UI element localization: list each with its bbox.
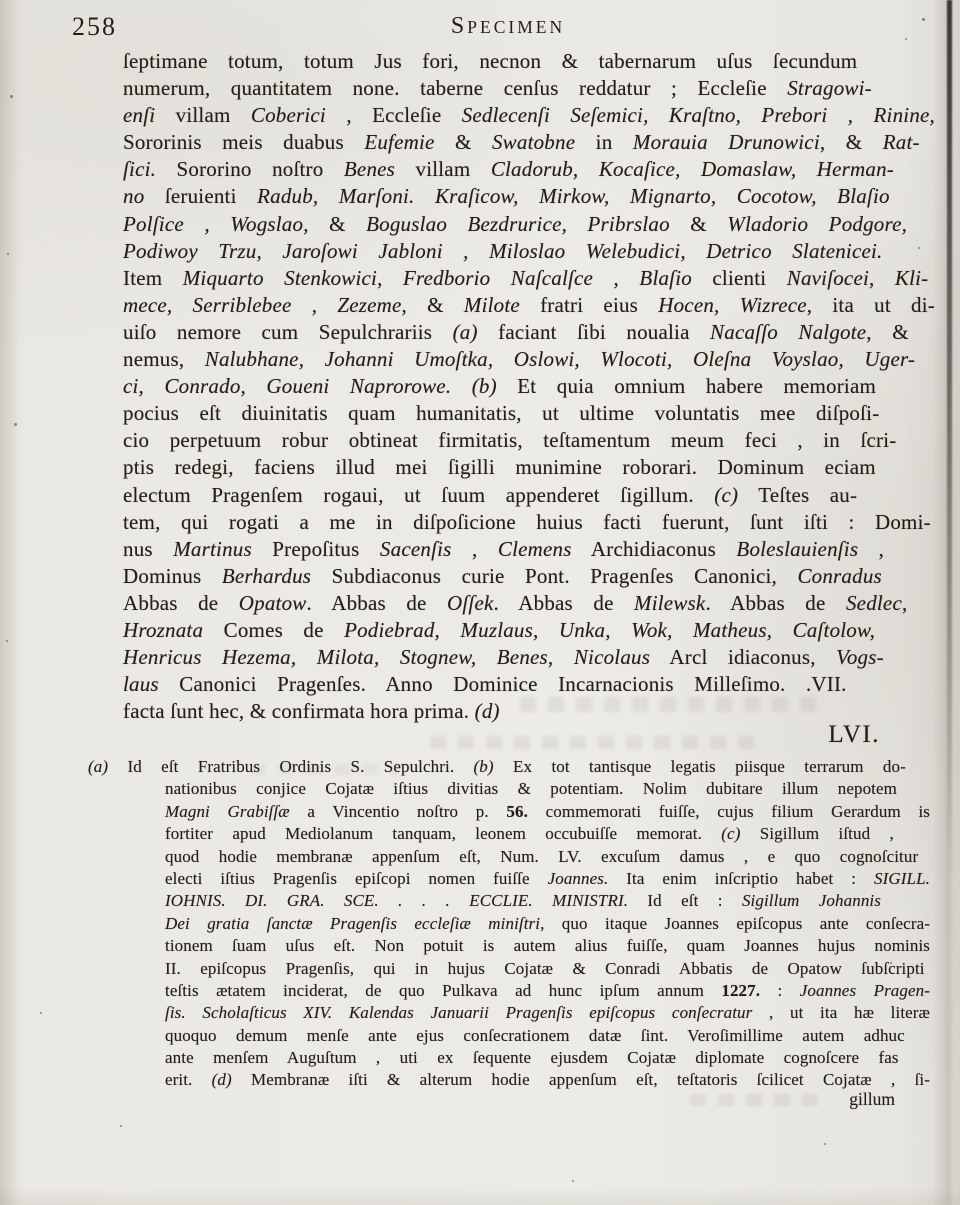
text-line: Sororinis meis duabus Eufemie & Swatobne… (123, 129, 935, 156)
section-number: LVI. (760, 721, 880, 749)
paper-speck (890, 962, 892, 964)
text-line: nemus, Nalubhane, Johanni Umoſtka, Oslow… (123, 346, 935, 373)
page-number: 258 (72, 12, 117, 42)
text-line: ci, Conrado, Goueni Naprorowe. (b) Et qu… (123, 373, 935, 400)
text-line: electum Pragenſem rogaui, ut ſuum append… (123, 482, 935, 509)
paper-speck (905, 38, 907, 40)
footnote-line: fortiter apud Mediolanum tanquam, leonem… (165, 823, 930, 845)
text-line: nus Martinus Prepoſitus Sacenſis , Cleme… (123, 536, 935, 563)
footnote-line: quoquo demum menſe ante ejus conſecratio… (165, 1025, 930, 1047)
bleed-through-smudge (690, 1094, 825, 1106)
paper-speck (40, 1012, 42, 1014)
text-line: numerum, quantitatem none. taberne cenſu… (123, 75, 935, 102)
right-gutter-shadow (932, 0, 960, 1205)
footnote-line: ſis. Scholaſticus XIV. Kalendas Januarii… (165, 1002, 930, 1024)
text-line: no ſeruienti Radub, Marſoni. Kraſicow, M… (123, 183, 935, 210)
text-line: pocius eſt diuinitatis quam humanitatis,… (123, 400, 935, 427)
running-title: SPECIMEN (408, 13, 608, 40)
paper-speck (10, 95, 13, 98)
binding-edge-line (947, 0, 952, 880)
footnote-line: Magni Grabiſſæ a Vincentio noſtro p. 56.… (165, 801, 930, 823)
left-edge-shadow (0, 0, 20, 1205)
paper-speck (14, 423, 17, 426)
footnote-line: nationibus conjice Cojatæ iſtius divitia… (165, 778, 930, 800)
paper-speck (120, 1125, 122, 1127)
text-line: tem, qui rogati a me in diſpoſicione hui… (123, 509, 935, 536)
footnote-line: ante menſem Auguſtum , uti ex ſequente e… (165, 1047, 930, 1069)
paper-speck (572, 1180, 574, 1182)
footnote-line: tionem ſuam uſus eſt. Non potuit is aute… (165, 935, 930, 957)
text-line: Item Miquarto Stenkowici, Fredborio Naſc… (123, 265, 935, 292)
paper-speck (922, 18, 925, 21)
text-line: cio perpetuum robur obtineat firmitatis,… (123, 427, 935, 454)
text-line: laus Canonici Pragenſes. Anno Dominice I… (123, 671, 935, 698)
footnote-line: electi iſtius Pragenſis epiſcopi nomen f… (165, 868, 930, 890)
text-line: mece, Serriblebee , Zezeme, & Milote fra… (123, 292, 935, 319)
bleed-through-smudge (520, 697, 820, 712)
text-line: enſi villam Coberici , Eccleſie Sedlecen… (123, 102, 935, 129)
footnote-line: teſtis ætatem inciderat, de quo Pulkava … (165, 980, 930, 1002)
text-line: Henricus Hezema, Milota, Stognew, Benes,… (123, 644, 935, 671)
book-page-scan: 258 SPECIMEN ſeptimane totum, totum Jus … (0, 0, 960, 1205)
bleed-through-smudge (430, 736, 760, 749)
text-line: Polſice , Wogslao, & Boguslao Bezdrurice… (123, 211, 935, 238)
main-text-block: ſeptimane totum, totum Jus fori, necnon … (123, 48, 935, 725)
footnote-block: (a) Id eſt Fratribus Ordinis S. Sepulchr… (165, 756, 930, 1092)
text-line: ptis redegi, faciens illud mei ſigilli m… (123, 454, 935, 481)
text-line: uiſo nemore cum Sepulchrariis (a) facian… (123, 319, 935, 346)
text-line: Hroznata Comes de Podiebrad, Muzlaus, Un… (123, 617, 935, 644)
paper-speck (6, 640, 8, 642)
footnote-line: (a) Id eſt Fratribus Ordinis S. Sepulchr… (88, 756, 930, 778)
text-line: Podiwoy Trzu, Jaroſowi Jabloni , Milosla… (123, 238, 935, 265)
footnote-line: Dei gratia ſanctæ Pragenſis eccleſiæ min… (165, 913, 930, 935)
footnote-line: quod hodie membranæ appenſum eſt, Num. L… (165, 846, 930, 868)
paper-speck (824, 1143, 826, 1145)
footnote-line: IOHNIS. DI. GRA. SCE. . . . ECCLIE. MINI… (165, 890, 930, 912)
text-line: Dominus Berhardus Subdiaconus curie Pont… (123, 563, 935, 590)
footnote-line: II. epiſcopus Pragenſis, qui in hujus Co… (165, 958, 930, 980)
paper-speck (7, 253, 9, 255)
bottom-edge-shadow (0, 1187, 960, 1205)
text-line: ſici. Sororino noſtro Benes villam Clado… (123, 156, 935, 183)
bleed-through-smudge (250, 764, 400, 775)
paper-speck (918, 247, 920, 249)
text-line: Abbas de Opatow. Abbas de Oſſek. Abbas d… (123, 590, 935, 617)
text-line: ſeptimane totum, totum Jus fori, necnon … (123, 48, 935, 75)
